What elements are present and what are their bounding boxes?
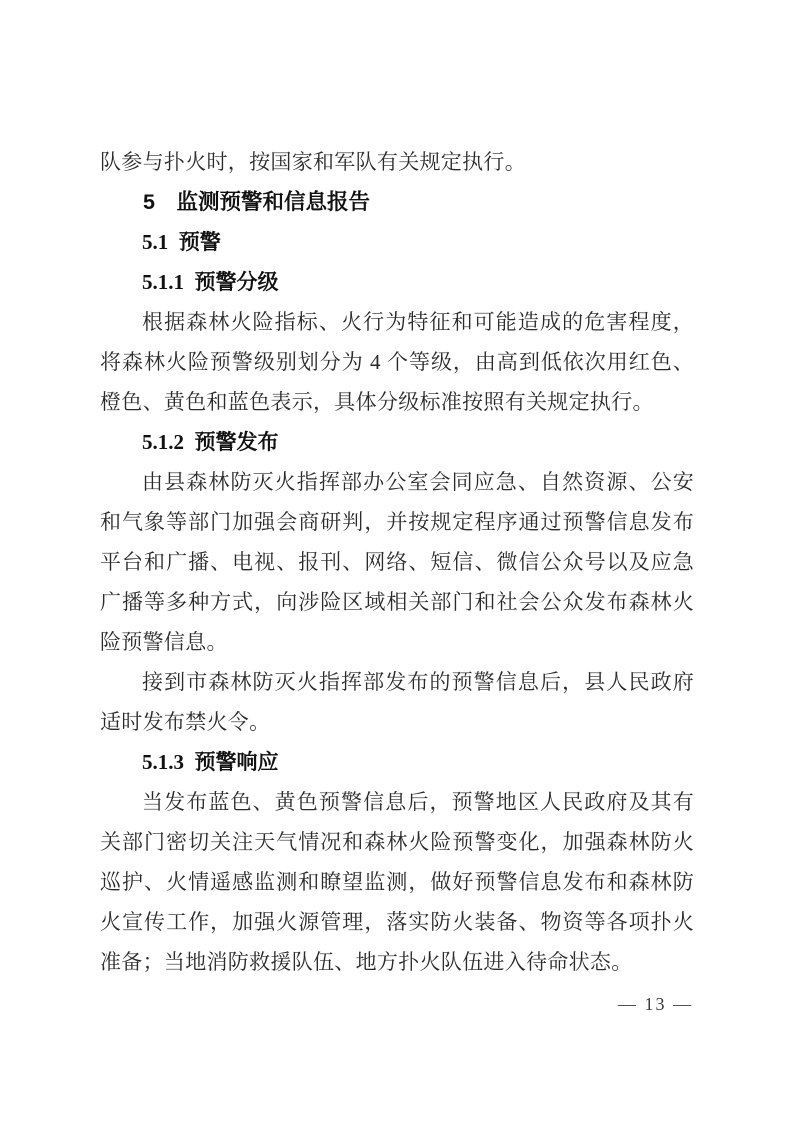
section-heading-5-1-2: 5.1.2 预警发布 <box>100 422 694 462</box>
paragraph-warning-release: 由县森林防灭火指挥部办公室会同应急、自然资源、公安和气象等部门加强会商研判，并按… <box>100 462 694 662</box>
document-body: 队参与扑火时，按国家和军队有关规定执行。 5 监测预警和信息报告 5.1 预警 … <box>100 142 694 982</box>
section-heading-5-1-1: 5.1.1 预警分级 <box>100 262 694 302</box>
document-page: 队参与扑火时，按国家和军队有关规定执行。 5 监测预警和信息报告 5.1 预警 … <box>0 0 793 1122</box>
paragraph-continuation: 队参与扑火时，按国家和军队有关规定执行。 <box>100 142 694 182</box>
paragraph-fire-ban-order: 接到市森林防灭火指挥部发布的预警信息后，县人民政府适时发布禁火令。 <box>100 662 694 742</box>
page-number: — 13 — <box>618 994 693 1014</box>
section-heading-5-1: 5.1 预警 <box>100 222 694 262</box>
paragraph-warning-levels: 根据森林火险指标、火行为特征和可能造成的危害程度，将森林火险预警级别划分为 4 … <box>100 302 694 422</box>
paragraph-warning-response: 当发布蓝色、黄色预警信息后，预警地区人民政府及其有关部门密切关注天气情况和森林火… <box>100 782 694 982</box>
section-heading-5-1-3: 5.1.3 预警响应 <box>100 742 694 782</box>
section-heading-5: 5 监测预警和信息报告 <box>100 182 694 222</box>
